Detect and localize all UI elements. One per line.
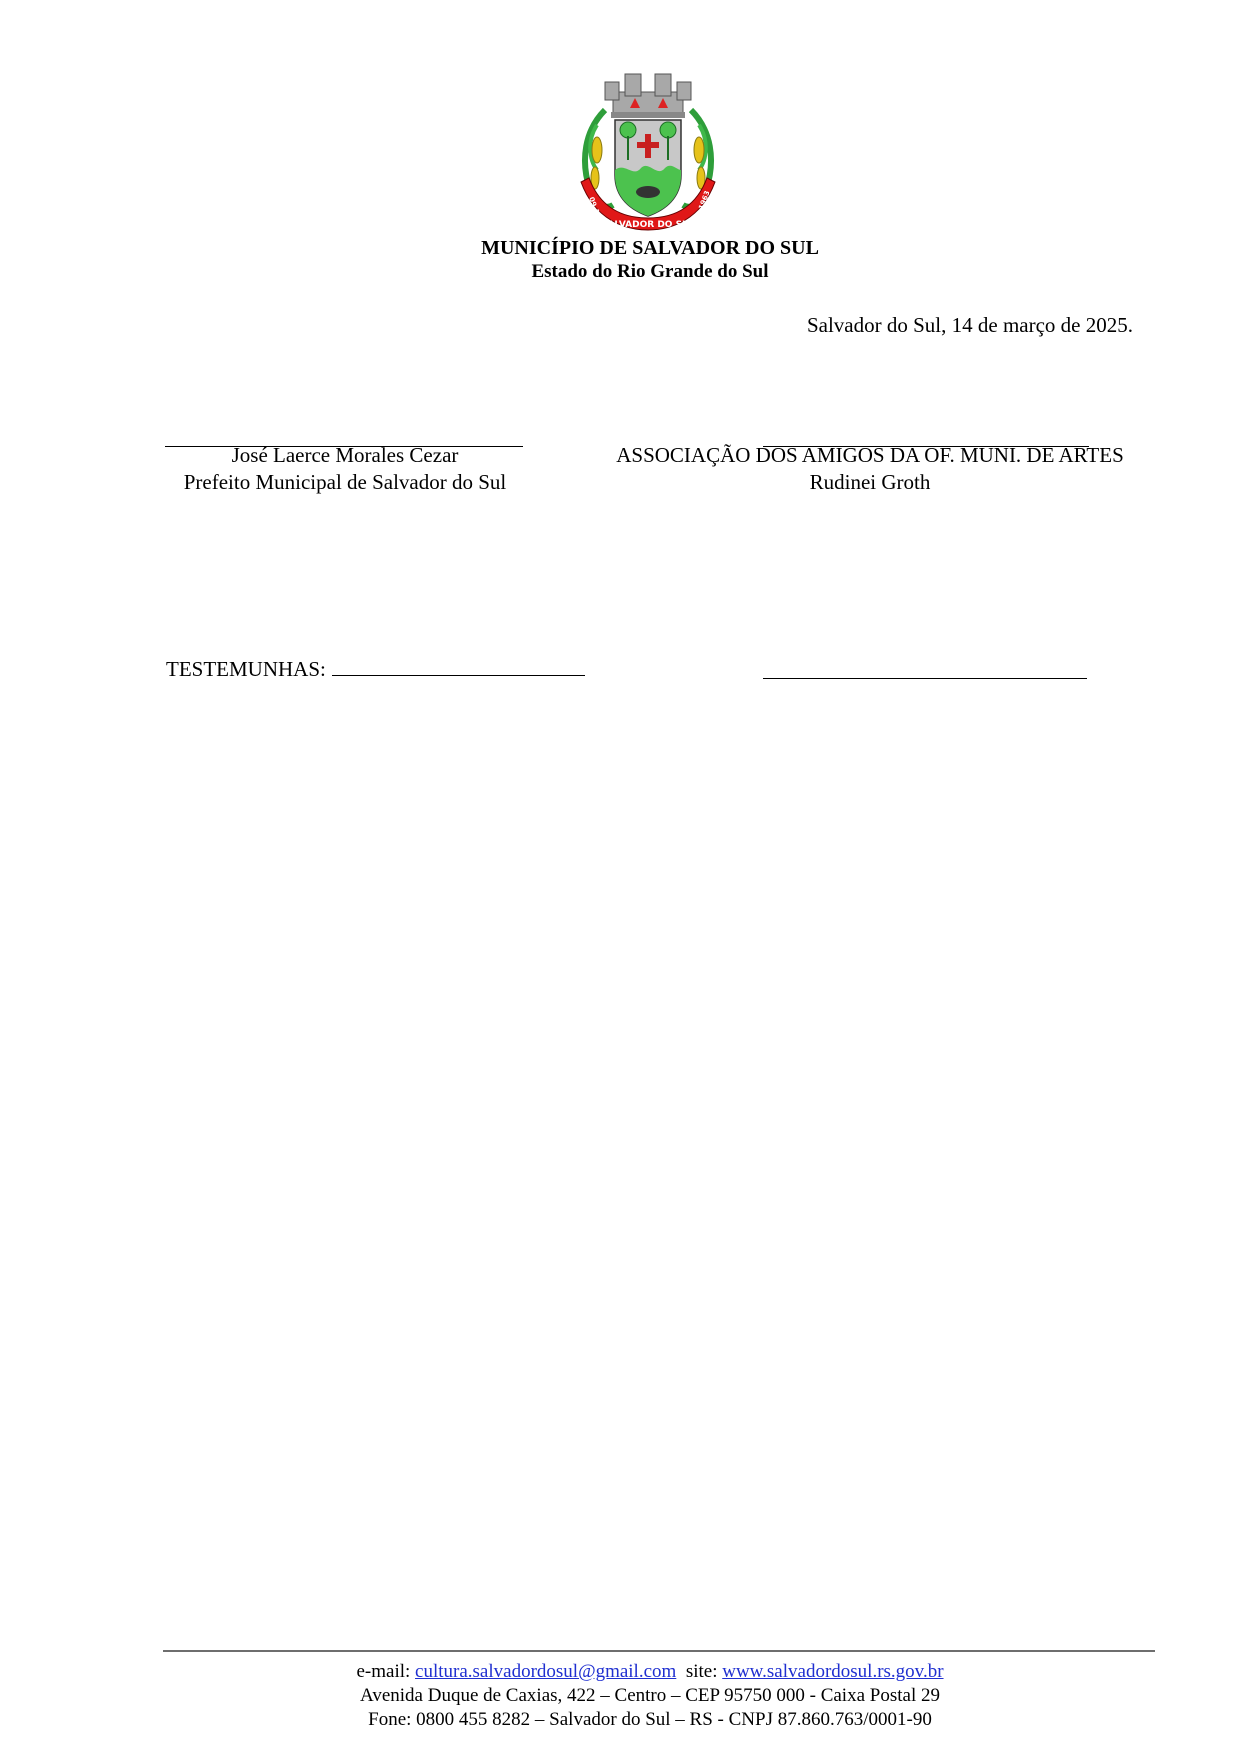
coat-of-arms-icon: SALVADOR DO SUL 09-10 1963 [575, 70, 721, 238]
footer-address: Avenida Duque de Caxias, 422 – Centro – … [0, 1684, 1241, 1708]
email-label: e-mail: [356, 1661, 415, 1682]
signature-line [165, 446, 523, 447]
signer-role: Prefeito Municipal de Salvador do Sul [165, 469, 525, 496]
state-subtitle: Estado do Rio Grande do Sul [0, 260, 1241, 284]
witnesses-label: TESTEMUNHAS: [166, 657, 326, 681]
municipality-title: MUNICÍPIO DE SALVADOR DO SUL [0, 236, 1241, 260]
municipal-crest: SALVADOR DO SUL 09-10 1963 [575, 70, 721, 238]
email-link[interactable]: cultura.salvadordosul@gmail.com [415, 1661, 676, 1682]
witness-signature-line-2 [763, 678, 1087, 679]
footer-contact-row: e-mail: cultura.salvadordosul@gmail.com … [0, 1660, 1241, 1684]
date-line: Salvador do Sul, 14 de março de 2025. [807, 312, 1133, 338]
witnesses-section: TESTEMUNHAS: [166, 656, 585, 682]
signature-block-mayor: José Laerce Morales Cezar Prefeito Munic… [165, 420, 525, 496]
signature-line [763, 446, 1089, 447]
witness-signature-line-1 [332, 657, 585, 676]
signer-role: Rudinei Groth [600, 469, 1140, 496]
footer-phone-cnpj: Fone: 0800 455 8282 – Salvador do Sul – … [0, 1708, 1241, 1732]
site-link[interactable]: www.salvadordosul.rs.gov.br [722, 1661, 943, 1682]
footer: e-mail: cultura.salvadordosul@gmail.com … [0, 1660, 1241, 1732]
signature-block-association: ASSOCIAÇÃO DOS AMIGOS DA OF. MUNI. DE AR… [600, 420, 1140, 496]
site-label: site: [676, 1661, 722, 1682]
svg-text:SALVADOR DO SUL: SALVADOR DO SUL [601, 220, 695, 230]
footer-divider [163, 1650, 1155, 1652]
